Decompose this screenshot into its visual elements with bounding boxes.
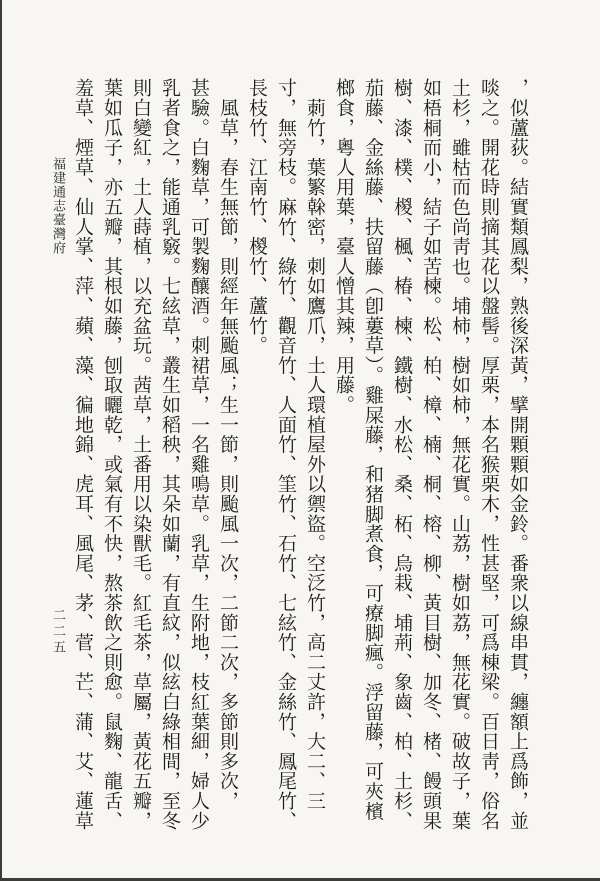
text-column: 茄藤、金絲藤、扶留藤（卽蔞草）。雞屎藤，和猪脚煮食，可療脚瘋。浮留藤，可夾檳: [358, 78, 387, 834]
margin-book-title: 福建通志臺灣府: [50, 157, 66, 255]
text-column: 則白變紅，土人蒔植，以充盆玩。茜草，土番用以染獸毛。紅毛茶，草屬，黃花五瓣，: [126, 78, 155, 834]
text-column: 風草，春生無節，則經年無颱風；生一節，則颱風一次，二節二次，多節則多次，: [213, 78, 242, 834]
text-block: ，似蘆荻。結實類鳳梨，熟後深黃，擘開顆顆如金鈴。番衆以線串貫，纏額上爲飾，並啖之…: [68, 78, 532, 834]
text-column: 羞草、煙草、仙人掌、萍、蘋、藻、徧地錦、虎耳、風尾、茅、菅、芒、蒲、艾、蓮草: [68, 78, 97, 834]
text-column: 啖之。開花時則摘其花以盤髻。厚栗，本名猴栗木，性甚堅，可爲棟梁。百日靑，俗名: [474, 78, 503, 834]
text-column: 榔食，粵人用葉，臺人憎其辣，用藤。: [329, 78, 358, 834]
scan-edge-left: [0, 0, 2, 881]
text-column: 長枝竹、江南竹、椶竹、蘆竹。: [242, 78, 271, 834]
text-column: 葉如瓜子，亦五瓣，其根如藤，刨取曬乾，或氣有不快，熬茶飲之則愈。鼠麴、龍舌、: [97, 78, 126, 834]
text-column: 寸，無旁枝。麻竹、綠竹、觀音竹、人面竹、筀竹、石竹、七絃竹、金絲竹、鳳尾竹、: [271, 78, 300, 834]
text-column: ，似蘆荻。結實類鳳梨，熟後深黃，擘開顆顆如金鈴。番衆以線串貫，纏額上爲飾，並: [503, 78, 532, 834]
margin-page-number: 二二五: [50, 608, 66, 656]
text-column: 土杉，雖枯而色尚靑也。埔柿，樹如柿，無花實。山荔，樹如荔，無花實。破故子，葉: [445, 78, 474, 834]
book-scan-page: 福建通志臺灣府 二二五 ，似蘆荻。結實類鳳梨，熟後深黃，擘開顆顆如金鈴。番衆以線…: [0, 0, 600, 881]
text-column: 莿竹，葉繁榦密，刺如鷹爪，土人環植屋外以禦盜。空泛竹，高二丈許，大二、三: [300, 78, 329, 834]
text-column: 如梧桐而小，結子如苦楝。松、柏、樟、楠、桐、榕、柳、黃目樹、加冬、楮、饅頭果: [416, 78, 445, 834]
text-column: 甚驗。白麴草，可製麴釀酒。刺裙草，一名雞鳴草。乳草，生附地，枝紅葉細，婦人少: [184, 78, 213, 834]
text-column: 樹、漆、樸、椶、楓、椿、楝、鐵樹、水松、桑、柘、烏栽、埔荊、象齒、柏、土杉、: [387, 78, 416, 834]
text-column: 乳者食之，能通乳竅。七絃草，叢生如稻秧，其朵如蘭，有直紋，似絃白綠相間，至冬: [155, 78, 184, 834]
